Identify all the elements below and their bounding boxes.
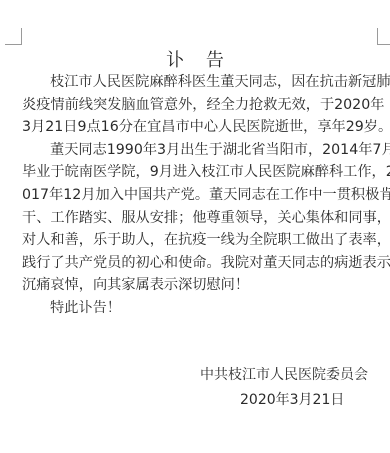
body-line: 践行了共产党员的初心和使命。我院对董天同志的病逝表示 (22, 252, 375, 275)
document-body: 枝江市人民医院麻醉科医生董天同志，因在抗击新冠肺 炎疫情前线突发脑血管意外，经全… (22, 71, 375, 320)
body-line: 017年12月加入中国共产党。董天同志在工作中一贯积极肯 (22, 184, 375, 207)
body-line: 董天同志1990年3月出生于湖北省当阳市，2014年7月 (22, 139, 375, 162)
body-line: 干、工作踏实、服从安排；他尊重领导，关心集体和同事， (22, 207, 375, 230)
closing-line: 特此讣告！ (22, 297, 375, 320)
document-title: 讣 告 (0, 50, 390, 72)
body-line: 3月21日9点16分在宜昌市中心人民医院逝世，享年29岁。 (22, 116, 375, 139)
body-line: 沉痛哀悼，向其家属表示深切慰问！ (22, 274, 375, 297)
body-line: 毕业于皖南医学院，9月进入枝江市人民医院麻醉科工作，2 (22, 161, 375, 184)
page-corner-mark-right (377, 28, 390, 45)
page-corner-mark-left (5, 28, 22, 45)
signature: 中共枝江市人民医院委员会 (200, 365, 368, 385)
body-line: 炎疫情前线突发脑血管意外，经全力抢救无效，于2020年 (22, 94, 375, 117)
body-line: 对人和善，乐于助人，在抗疫一线为全院职工做出了表率， (22, 229, 375, 252)
document-date: 2020年3月21日 (240, 390, 344, 410)
body-line: 枝江市人民医院麻醉科医生董天同志，因在抗击新冠肺 (22, 71, 375, 94)
